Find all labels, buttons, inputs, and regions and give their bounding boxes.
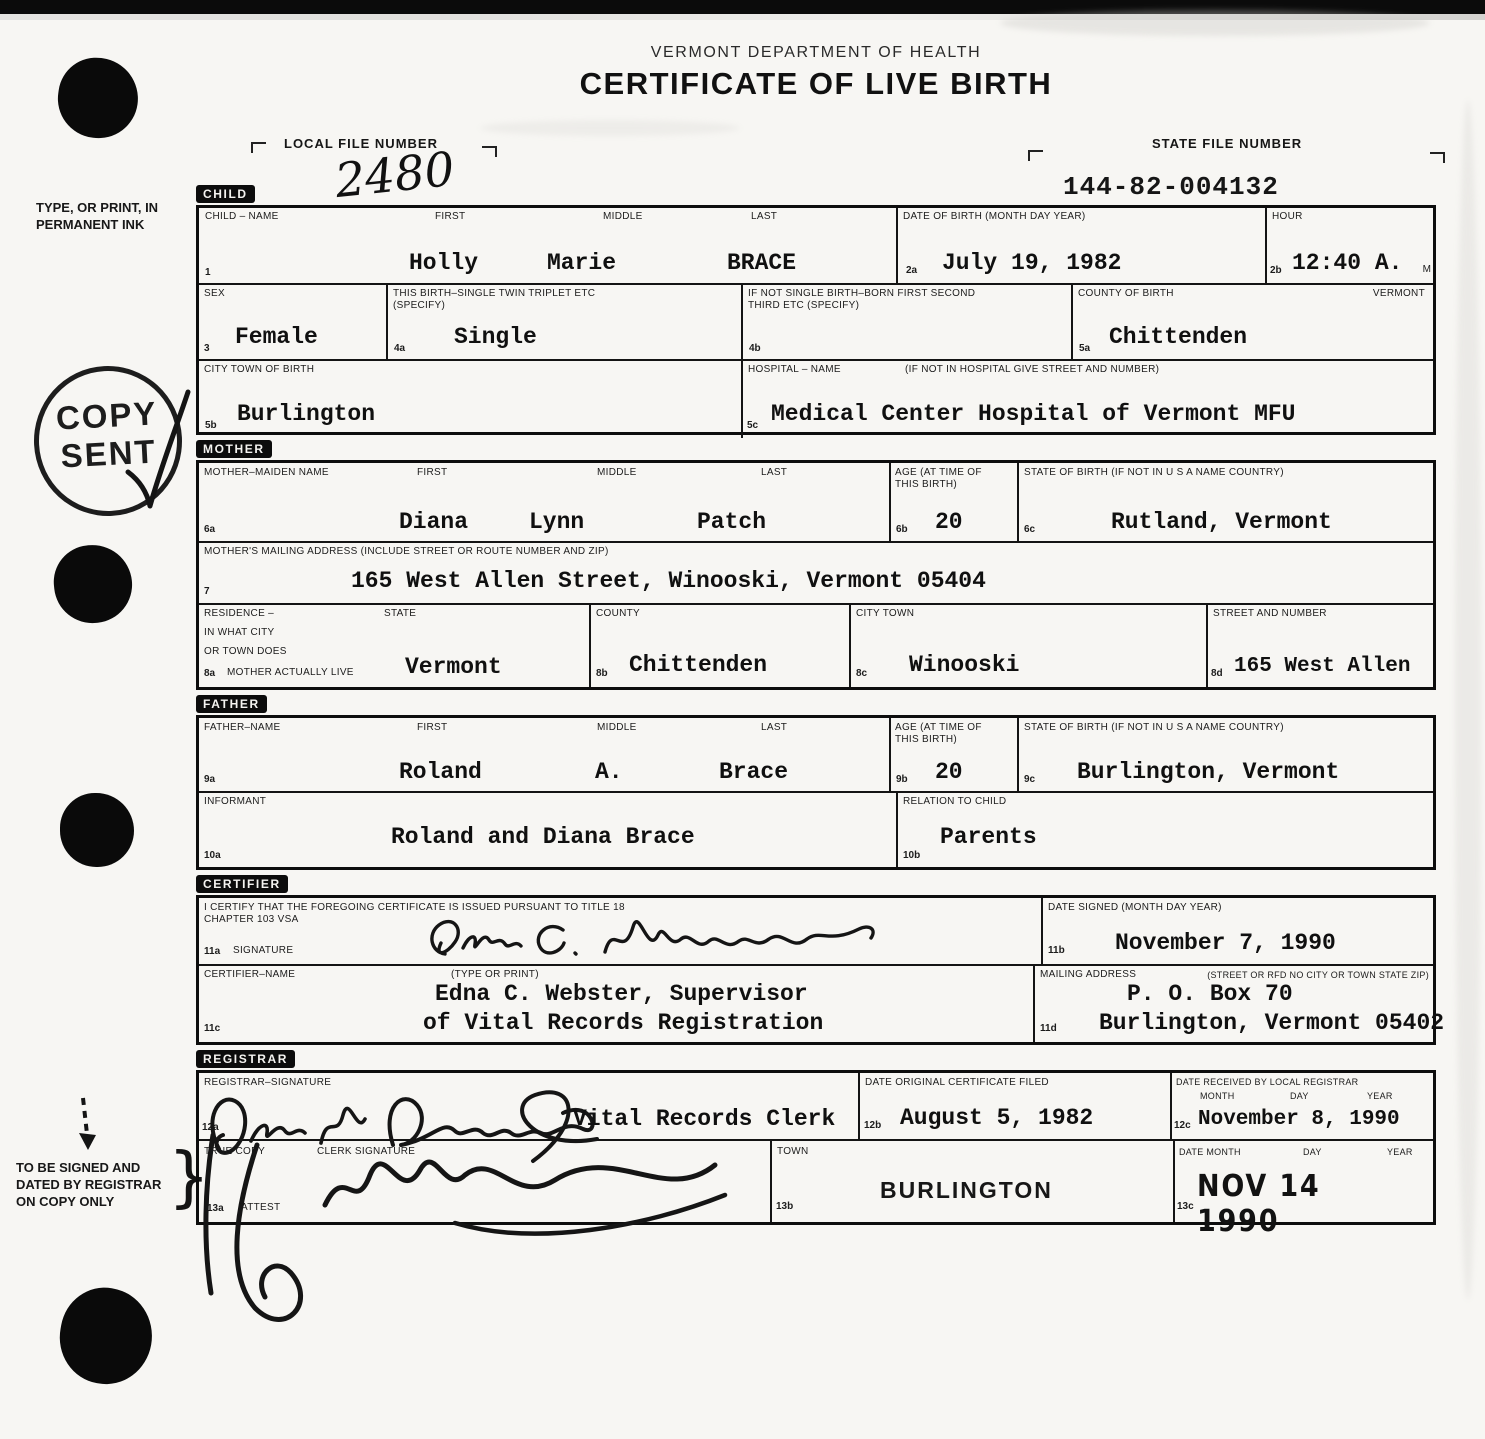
field-number: 6b <box>896 524 908 535</box>
field-number: 2b <box>1270 265 1282 276</box>
field-label: MIDDLE <box>597 467 637 479</box>
section-tag-child: CHILD <box>196 185 255 203</box>
field-value: Chittenden <box>629 654 767 677</box>
field-label: IF NOT SINGLE BIRTH–BORN FIRST SECOND TH… <box>748 288 975 312</box>
section-tag-mother: MOTHER <box>196 440 272 458</box>
field-number: 12b <box>864 1120 881 1131</box>
cell-sex: SEX 3 Female <box>199 285 388 361</box>
hole-punch <box>52 1281 159 1392</box>
field-label: OR TOWN DOES <box>204 646 287 658</box>
local-file-number-value: 2480 <box>332 142 457 209</box>
field-value: Chittenden <box>1109 326 1247 349</box>
field-value: Holly <box>409 252 478 275</box>
field-number: 2a <box>906 265 917 276</box>
field-label: DATE ORIGINAL CERTIFICATE FILED <box>865 1077 1049 1089</box>
field-label: DAY <box>1303 1146 1322 1158</box>
crop-mark-icon <box>251 142 266 153</box>
cell-relation-to-child: RELATION TO CHILD 10b Parents <box>898 793 1433 867</box>
cell-mother-residence-state: RESIDENCE – STATE IN WHAT CITY OR TOWN D… <box>199 605 591 687</box>
cell-date-received: DATE RECEIVED BY LOCAL REGISTRAR MONTH D… <box>1172 1073 1433 1141</box>
registrar-section: REGISTRAR–SIGNATURE 12a Vital Records Cl… <box>196 1070 1436 1225</box>
field-number: 4b <box>749 343 761 354</box>
field-label: COUNTY OF BIRTH <box>1078 288 1174 300</box>
state-file-number-label: STATE FILE NUMBER <box>1152 136 1302 151</box>
field-label: FATHER–NAME <box>204 722 280 734</box>
field-value: 165 West Allen Street, Winooski, Vermont… <box>351 570 986 593</box>
mother-section: MOTHER–MAIDEN NAME FIRST MIDDLE LAST 6a … <box>196 460 1436 690</box>
field-label: LAST <box>751 211 777 223</box>
cell-mother-name: MOTHER–MAIDEN NAME FIRST MIDDLE LAST 6a … <box>199 463 891 543</box>
field-value: Marie <box>547 252 616 275</box>
field-value: Burlington <box>237 403 375 426</box>
section-tag-registrar: REGISTRAR <box>196 1050 295 1068</box>
field-label: DATE OF BIRTH (MONTH DAY YEAR) <box>903 211 1086 223</box>
field-value: 20 <box>935 511 963 534</box>
field-value: July 19, 1982 <box>942 252 1121 275</box>
field-value: Parents <box>940 826 1037 849</box>
attest-signature-script <box>193 1123 738 1341</box>
state-file-number-value: 144-82-004132 <box>1063 172 1279 202</box>
cell-date-stamp: DATE MONTH DAY YEAR 13c NOV 14 1990 <box>1175 1141 1433 1222</box>
field-value: Burlington, Vermont <box>1077 761 1339 784</box>
cell-certifier-mailing-address: MAILING ADDRESS (STREET OR RFD NO CITY O… <box>1035 966 1433 1042</box>
field-number: 11b <box>1048 945 1065 956</box>
town-stamp: BURLINGTON <box>880 1177 1053 1204</box>
scan-noise <box>1000 10 1430 36</box>
field-value: Brace <box>719 761 788 784</box>
field-number: 11d <box>1040 1023 1057 1034</box>
crop-mark-icon <box>482 146 497 157</box>
field-sublabel: (STREET OR RFD NO CITY OR TOWN STATE ZIP… <box>1207 969 1429 981</box>
field-value: Patch <box>697 511 766 534</box>
cell-date-of-birth: DATE OF BIRTH (MONTH DAY YEAR) 2a July 1… <box>898 208 1267 285</box>
field-value: 12:40 A. <box>1292 252 1402 275</box>
cell-mother-residence-city: CITY TOWN 8c Winooski <box>851 605 1208 687</box>
field-value: 20 <box>935 761 963 784</box>
field-label: DATE RECEIVED BY LOCAL REGISTRAR <box>1176 1076 1358 1088</box>
field-sublabel: (IF NOT IN HOSPITAL GIVE STREET AND NUMB… <box>905 364 1159 376</box>
field-label: LAST <box>761 722 787 734</box>
field-value: of Vital Records Registration <box>423 1012 823 1035</box>
cell-plurality: THIS BIRTH–SINGLE TWIN TRIPLET ETC (SPEC… <box>388 285 743 361</box>
field-value-suffix: M <box>1423 264 1431 275</box>
field-label: FIRST <box>435 211 465 223</box>
cell-mother-residence-county: COUNTY 8b Chittenden <box>591 605 851 687</box>
field-value: Rutland, Vermont <box>1111 511 1332 534</box>
field-label: INFORMANT <box>204 796 266 808</box>
field-number: 1 <box>205 267 211 278</box>
cell-father-name: FATHER–NAME FIRST MIDDLE LAST 9a Roland … <box>199 718 891 793</box>
cell-county-of-birth: COUNTY OF BIRTH VERMONT 5a Chittenden <box>1073 285 1433 361</box>
field-number: 3 <box>204 343 210 354</box>
field-label: DAY <box>1290 1090 1309 1102</box>
field-number: 8a <box>204 668 215 679</box>
field-label: STATE OF BIRTH (IF NOT IN U S A NAME COU… <box>1024 467 1284 479</box>
hole-punch <box>53 53 143 143</box>
cell-mother-mailing-address: MOTHER'S MAILING ADDRESS (INCLUDE STREET… <box>199 543 1433 605</box>
scan-noise <box>1455 100 1481 1300</box>
cell-mother-state-of-birth: STATE OF BIRTH (IF NOT IN U S A NAME COU… <box>1019 463 1433 543</box>
field-number: 6a <box>204 524 215 535</box>
field-label: TOWN <box>777 1146 809 1158</box>
field-number: 8d <box>1211 668 1223 679</box>
field-label: MAILING ADDRESS <box>1040 969 1136 981</box>
field-number: 9a <box>204 774 215 785</box>
cell-mother-residence-street: STREET AND NUMBER 8d 165 West Allen <box>1208 605 1433 687</box>
child-section: CHILD – NAME FIRST MIDDLE LAST 1 Holly M… <box>196 205 1436 435</box>
field-label: RELATION TO CHILD <box>903 796 1006 808</box>
field-label: AGE (AT TIME OF THIS BIRTH) <box>895 467 982 491</box>
field-label: MONTH <box>1200 1090 1235 1102</box>
cell-date-original-filed: DATE ORIGINAL CERTIFICATE FILED 12b Augu… <box>860 1073 1172 1141</box>
field-number: 9c <box>1024 774 1035 785</box>
field-value: 165 West Allen <box>1234 656 1410 677</box>
cell-father-state-of-birth: STATE OF BIRTH (IF NOT IN U S A NAME COU… <box>1019 718 1433 793</box>
field-sublabel: (TYPE OR PRINT) <box>451 969 539 981</box>
field-label: DATE MONTH <box>1179 1146 1241 1158</box>
field-label: COUNTY <box>596 608 640 620</box>
cell-city-of-birth: CITY TOWN OF BIRTH 5b Burlington <box>199 361 743 438</box>
header-agency: VERMONT DEPARTMENT OF HEALTH <box>196 44 1436 62</box>
field-label: IN WHAT CITY <box>204 627 274 639</box>
field-value: November 7, 1990 <box>1115 932 1336 955</box>
crop-mark-icon <box>1430 152 1445 163</box>
cell-attest: TRUE COPY CLERK SIGNATURE 13a ATTEST <box>199 1141 772 1222</box>
field-label: HOUR <box>1272 211 1303 223</box>
hole-punch <box>60 793 134 867</box>
field-label: CERTIFIER–NAME <box>204 969 295 981</box>
field-label: HOSPITAL – NAME <box>748 364 841 376</box>
field-value: Medical Center Hospital of Vermont MFU <box>771 403 1296 426</box>
field-value: November 8, 1990 <box>1198 1109 1400 1130</box>
field-number: 8b <box>596 668 608 679</box>
scanned-birth-certificate: TYPE, OR PRINT, IN PERMANENT INK COPY SE… <box>0 0 1485 1439</box>
field-value: Vermont <box>405 656 502 679</box>
field-value: Roland and Diana Brace <box>391 826 695 849</box>
hole-punch <box>50 541 136 627</box>
field-value: Female <box>235 326 318 349</box>
cell-certifier-name: CERTIFIER–NAME (TYPE OR PRINT) 11c Edna … <box>199 966 1035 1042</box>
field-value: Edna C. Webster, Supervisor <box>435 983 808 1006</box>
field-number: 4a <box>394 343 405 354</box>
cell-father-age: AGE (AT TIME OF THIS BIRTH) 9b 20 <box>891 718 1019 793</box>
field-label: CITY TOWN <box>856 608 914 620</box>
field-number: 7 <box>204 586 210 597</box>
cell-hour: HOUR 2b 12:40 A. M <box>1267 208 1433 285</box>
field-label: MOTHER ACTUALLY LIVE <box>227 667 354 679</box>
field-number: 8c <box>856 668 867 679</box>
page-title: CERTIFICATE OF LIVE BIRTH <box>196 66 1436 102</box>
field-label: FIRST <box>417 722 447 734</box>
field-label: FIRST <box>417 467 447 479</box>
field-number: 6c <box>1024 524 1035 535</box>
field-number: 13b <box>776 1201 793 1212</box>
field-value: Burlington, Vermont 05402 <box>1099 1012 1444 1035</box>
cell-hospital: HOSPITAL – NAME (IF NOT IN HOSPITAL GIVE… <box>743 361 1433 438</box>
field-label: SIGNATURE <box>233 945 293 957</box>
field-value: Single <box>454 326 537 349</box>
field-label: MIDDLE <box>597 722 637 734</box>
crop-mark-icon <box>1028 150 1043 161</box>
cell-child-name: CHILD – NAME FIRST MIDDLE LAST 1 Holly M… <box>199 208 898 285</box>
field-label: MOTHER–MAIDEN NAME <box>204 467 329 479</box>
field-value: BRACE <box>727 252 796 275</box>
field-label: AGE (AT TIME OF THIS BIRTH) <box>895 722 982 746</box>
field-label: STATE OF BIRTH (IF NOT IN U S A NAME COU… <box>1024 722 1284 734</box>
registrar-copy-note: TO BE SIGNED AND DATED BY REGISTRAR ON C… <box>16 1160 161 1211</box>
field-label: STATE <box>384 608 416 620</box>
cell-town: TOWN 13b BURLINGTON <box>772 1141 1175 1222</box>
date-received-stamp: NOV 14 1990 <box>1197 1169 1409 1239</box>
field-value: Diana <box>399 511 468 534</box>
field-label: MIDDLE <box>603 211 643 223</box>
field-label: DATE SIGNED (MONTH DAY YEAR) <box>1048 902 1222 914</box>
field-number: 11a <box>204 946 220 957</box>
field-label: CITY TOWN OF BIRTH <box>204 364 314 376</box>
field-label: RESIDENCE – <box>204 608 274 620</box>
field-value: A. <box>595 761 623 784</box>
cell-informant: INFORMANT 10a Roland and Diana Brace <box>199 793 898 867</box>
field-state-note: VERMONT <box>1373 288 1425 300</box>
section-tag-certifier: CERTIFIER <box>196 875 288 893</box>
field-number: 5c <box>747 420 758 431</box>
field-number: 12c <box>1174 1120 1191 1131</box>
field-value: Roland <box>399 761 482 784</box>
cell-mother-age: AGE (AT TIME OF THIS BIRTH) 6b 20 <box>891 463 1019 543</box>
cell-date-signed: DATE SIGNED (MONTH DAY YEAR) 11b Novembe… <box>1043 898 1433 966</box>
field-value: Winooski <box>909 654 1019 677</box>
field-number: 5b <box>205 420 217 431</box>
field-value: P. O. Box 70 <box>1127 983 1293 1006</box>
field-label: SEX <box>204 288 225 300</box>
scan-noise <box>480 120 740 136</box>
field-number: 5a <box>1079 343 1090 354</box>
field-value: Lynn <box>529 511 584 534</box>
arrow-down-icon <box>72 1096 98 1154</box>
field-label: CHILD – NAME <box>205 211 279 223</box>
field-number: 11c <box>204 1023 220 1034</box>
section-tag-father: FATHER <box>196 695 267 713</box>
field-label: THIS BIRTH–SINGLE TWIN TRIPLET ETC (SPEC… <box>393 288 595 312</box>
field-number: 10a <box>204 850 221 861</box>
cell-certifier-signature: I CERTIFY THAT THE FOREGOING CERTIFICATE… <box>199 898 1043 966</box>
certifier-section: I CERTIFY THAT THE FOREGOING CERTIFICATE… <box>196 895 1436 1045</box>
field-value: August 5, 1982 <box>900 1107 1093 1130</box>
field-label: YEAR <box>1367 1090 1393 1102</box>
field-label: STREET AND NUMBER <box>1213 608 1327 620</box>
field-number: 9b <box>896 774 908 785</box>
field-label: MOTHER'S MAILING ADDRESS (INCLUDE STREET… <box>204 546 609 558</box>
permanent-ink-note: TYPE, OR PRINT, IN PERMANENT INK <box>36 200 158 234</box>
father-section: FATHER–NAME FIRST MIDDLE LAST 9a Roland … <box>196 715 1436 870</box>
field-number: 10b <box>903 850 920 861</box>
cell-birth-order: IF NOT SINGLE BIRTH–BORN FIRST SECOND TH… <box>743 285 1073 361</box>
field-number: 13c <box>1177 1201 1194 1212</box>
checkmark-icon <box>60 370 210 530</box>
field-label: YEAR <box>1387 1146 1413 1158</box>
field-label: LAST <box>761 467 787 479</box>
